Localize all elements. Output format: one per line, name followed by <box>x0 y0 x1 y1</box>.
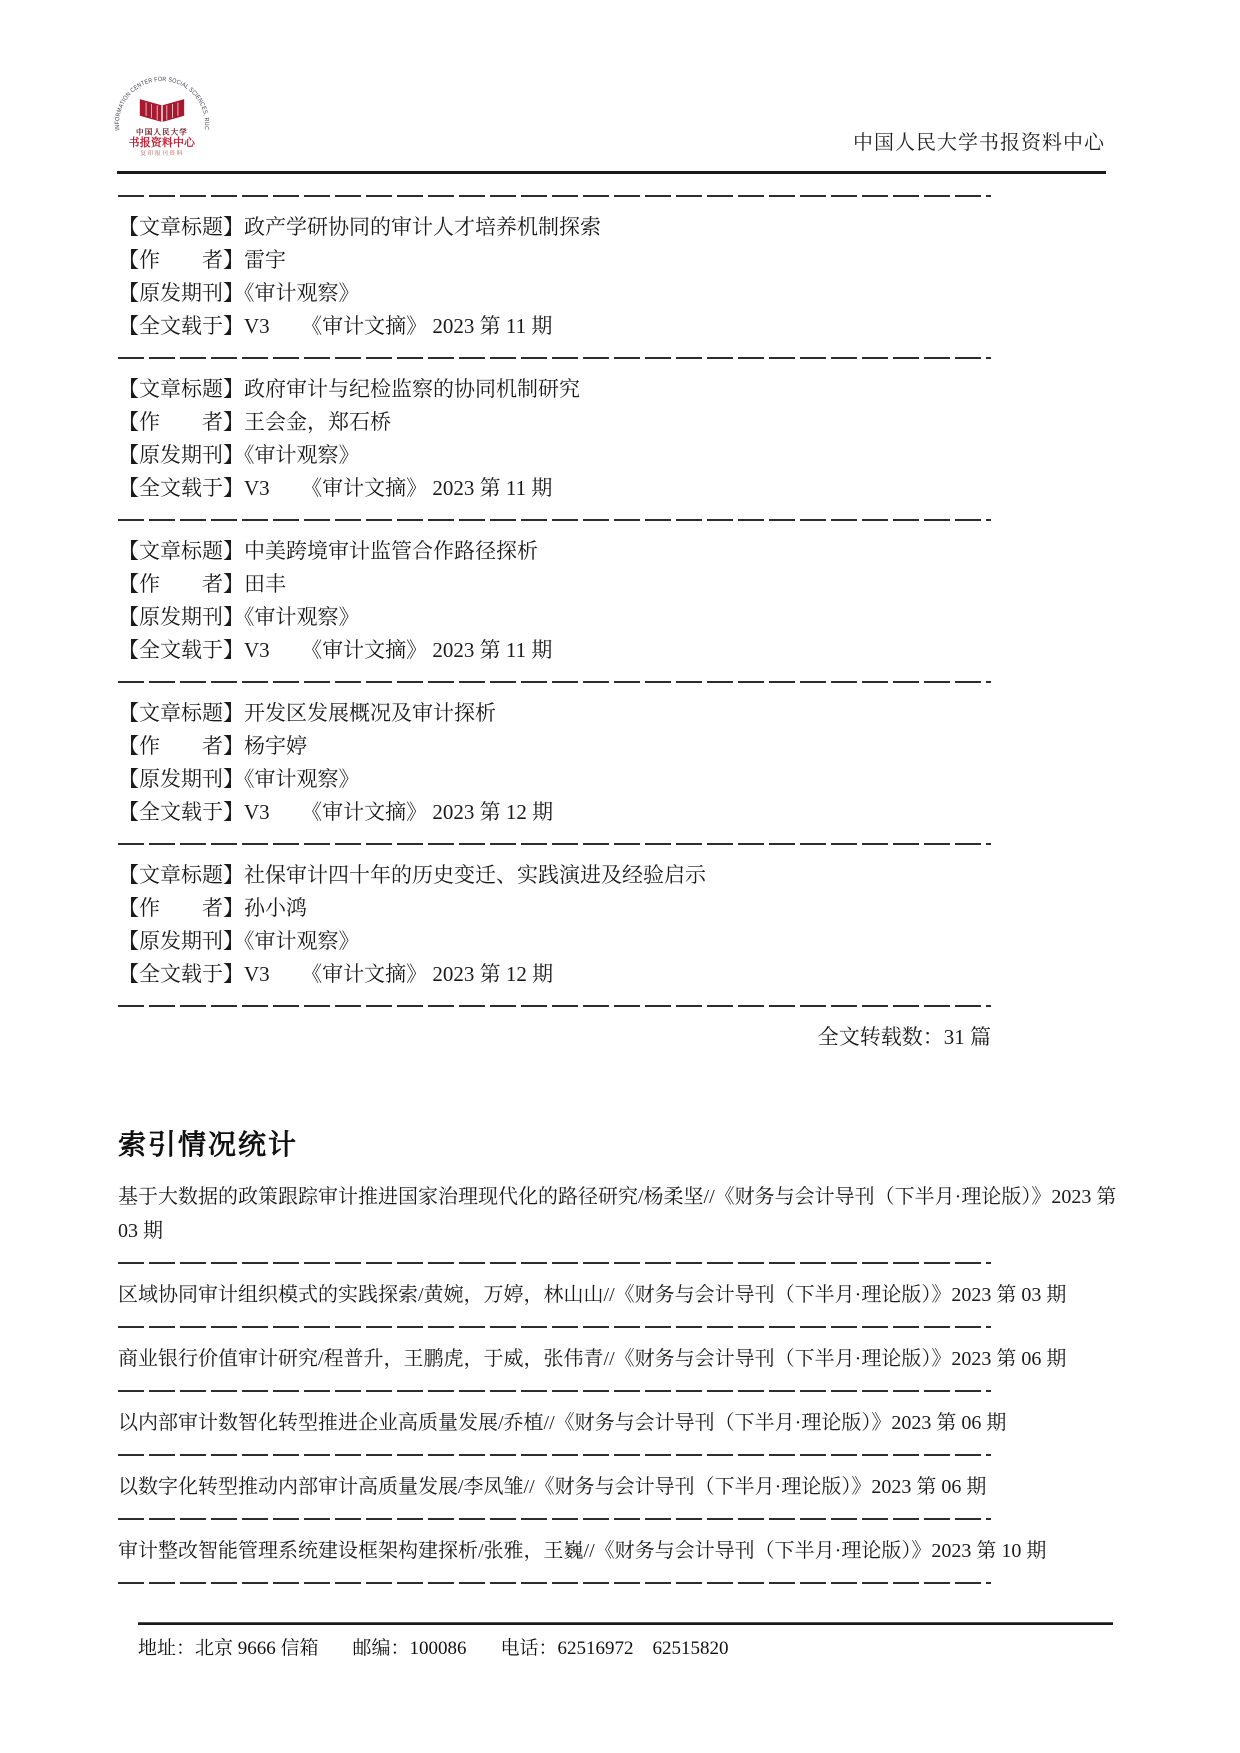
record-item: 【文章标题】中美跨境审计监管合作路径探析 【作 者】田丰 【原发期刊】《审计观察… <box>118 535 991 667</box>
record-title: 开发区发展概况及审计探析 <box>244 701 496 725</box>
record-journal: 《审计观察》 <box>244 767 360 791</box>
record-title-line: 【文章标题】中美跨境审计监管合作路径探析 <box>118 535 991 568</box>
field-label-author: 【作 者】 <box>118 410 244 434</box>
record-item: 【文章标题】政府审计与纪检监察的协同机制研究 【作 者】王会金，郑石桥 【原发期… <box>118 373 991 505</box>
field-label-journal: 【原发期刊】 <box>118 929 244 953</box>
index-entry: 审计整改智能管理系统建设框架构建探析/张雅，王巍//《财务与会计导刊（下半月·理… <box>118 1534 1124 1568</box>
record-journal-line: 【原发期刊】《审计观察》 <box>118 763 991 796</box>
dashed-separator <box>118 519 991 521</box>
footer-rule <box>138 1622 1113 1625</box>
header-org-name: 中国人民大学书报资料中心 <box>853 126 1105 155</box>
index-entry: 商业银行价值审计研究/程普升，王鹏虎，于威，张伟青//《财务与会计导刊（下半月·… <box>118 1342 1124 1376</box>
dashed-separator <box>118 843 991 845</box>
footer-address: 地址：北京 9666 信箱 <box>138 1634 319 1664</box>
dashed-separator <box>118 1262 991 1264</box>
dashed-separator <box>118 1454 991 1456</box>
record-journal: 《审计观察》 <box>244 929 360 953</box>
dashed-separator <box>118 1582 991 1584</box>
record-title-line: 【文章标题】政产学研协同的审计人才培养机制探索 <box>118 211 991 244</box>
logo-subtitle: 复印报刊资料 <box>140 149 184 157</box>
record-title-line: 【文章标题】政府审计与纪检监察的协同机制研究 <box>118 373 991 406</box>
field-label-title: 【文章标题】 <box>118 377 244 401</box>
record-fulltext-line: 【全文载于】V3 《审计文摘》 2023 第 11 期 <box>118 472 991 505</box>
record-author-line: 【作 者】王会金，郑石桥 <box>118 406 991 439</box>
field-label-journal: 【原发期刊】 <box>118 281 244 305</box>
field-label-journal: 【原发期刊】 <box>118 443 244 467</box>
dashed-separator <box>118 1518 991 1520</box>
record-fulltext-line: 【全文载于】V3 《审计文摘》 2023 第 11 期 <box>118 634 991 667</box>
field-label-title: 【文章标题】 <box>118 863 244 887</box>
record-fulltext: V3 《审计文摘》 2023 第 11 期 <box>244 638 552 662</box>
open-book-icon <box>140 99 184 122</box>
record-fulltext: V3 《审计文摘》 2023 第 12 期 <box>244 962 553 986</box>
field-label-author: 【作 者】 <box>118 896 244 920</box>
field-label-title: 【文章标题】 <box>118 215 244 239</box>
index-section-heading: 索引情况统计 <box>118 1126 1124 1166</box>
record-author: 雷宇 <box>244 248 286 272</box>
record-journal-line: 【原发期刊】《审计观察》 <box>118 277 991 310</box>
record-journal: 《审计观察》 <box>244 443 360 467</box>
footer-postcode: 邮编：100086 <box>353 1634 467 1664</box>
field-label-journal: 【原发期刊】 <box>118 605 244 629</box>
svg-text:INFORMATION CENTER FOR SOCIAL: INFORMATION CENTER FOR SOCIAL SCIENCES, … <box>114 76 210 131</box>
record-title: 社保审计四十年的历史变迁、实践演进及经验启示 <box>244 863 706 887</box>
record-journal: 《审计观察》 <box>244 281 360 305</box>
field-label-author: 【作 者】 <box>118 734 244 758</box>
field-label-author: 【作 者】 <box>118 248 244 272</box>
index-entry: 基于大数据的政策跟踪审计推进国家治理现代化的路径研究/杨柔坚//《财务与会计导刊… <box>118 1180 1124 1248</box>
header-rule <box>117 171 1106 174</box>
record-journal-line: 【原发期刊】《审计观察》 <box>118 925 991 958</box>
record-item: 【文章标题】社保审计四十年的历史变迁、实践演进及经验启示 【作 者】孙小鸿 【原… <box>118 859 991 991</box>
record-title: 政府审计与纪检监察的协同机制研究 <box>244 377 580 401</box>
logo-center-name: 书报资料中心 <box>129 136 196 149</box>
record-author: 孙小鸿 <box>244 896 307 920</box>
record-title: 政产学研协同的审计人才培养机制探索 <box>244 215 601 239</box>
record-fulltext-line: 【全文载于】V3 《审计文摘》 2023 第 12 期 <box>118 958 991 991</box>
field-label-fulltext: 【全文载于】 <box>118 638 244 662</box>
field-label-fulltext: 【全文载于】 <box>118 476 244 500</box>
dashed-separator <box>118 195 991 197</box>
dashed-separator <box>118 357 991 359</box>
index-entry: 区域协同审计组织模式的实践探索/黄婉，万婷，林山山//《财务与会计导刊（下半月·… <box>118 1278 1124 1312</box>
record-fulltext-line: 【全文载于】V3 《审计文摘》 2023 第 12 期 <box>118 796 991 829</box>
record-item: 【文章标题】开发区发展概况及审计探析 【作 者】杨宇婷 【原发期刊】《审计观察》… <box>118 697 991 829</box>
field-label-journal: 【原发期刊】 <box>118 767 244 791</box>
record-author: 田丰 <box>244 572 286 596</box>
record-fulltext: V3 《审计文摘》 2023 第 11 期 <box>244 314 552 338</box>
org-logo-seal: INFORMATION CENTER FOR SOCIAL SCIENCES, … <box>110 76 214 161</box>
record-journal-line: 【原发期刊】《审计观察》 <box>118 439 991 472</box>
field-label-fulltext: 【全文载于】 <box>118 314 244 338</box>
logo-arc-text: INFORMATION CENTER FOR SOCIAL SCIENCES, … <box>114 76 210 131</box>
dashed-separator <box>118 1005 991 1007</box>
index-entry: 以数字化转型推动内部审计高质量发展/李凤雏//《财务与会计导刊（下半月·理论版）… <box>118 1470 1124 1504</box>
record-author-line: 【作 者】孙小鸿 <box>118 892 991 925</box>
total-reprint-count: 全文转载数：31 篇 <box>118 1021 991 1054</box>
org-logo: INFORMATION CENTER FOR SOCIAL SCIENCES, … <box>110 76 214 168</box>
dashed-separator <box>118 1390 991 1392</box>
record-fulltext: V3 《审计文摘》 2023 第 11 期 <box>244 476 552 500</box>
record-title: 中美跨境审计监管合作路径探析 <box>244 539 538 563</box>
dashed-separator <box>118 681 991 683</box>
footer: 地址：北京 9666 信箱 邮编：100086 电话：62516972 6251… <box>138 1634 729 1664</box>
field-label-fulltext: 【全文载于】 <box>118 800 244 824</box>
field-label-author: 【作 者】 <box>118 572 244 596</box>
record-journal: 《审计观察》 <box>244 605 360 629</box>
record-author-line: 【作 者】杨宇婷 <box>118 730 991 763</box>
records-list: 【文章标题】政产学研协同的审计人才培养机制探索 【作 者】雷宇 【原发期刊】《审… <box>118 181 991 1054</box>
logo-university-name: 中国人民大学 <box>136 126 188 136</box>
field-label-title: 【文章标题】 <box>118 701 244 725</box>
record-author-line: 【作 者】雷宇 <box>118 244 991 277</box>
record-title-line: 【文章标题】社保审计四十年的历史变迁、实践演进及经验启示 <box>118 859 991 892</box>
index-statistics-section: 索引情况统计 基于大数据的政策跟踪审计推进国家治理现代化的路径研究/杨柔坚//《… <box>118 1126 1124 1598</box>
record-journal-line: 【原发期刊】《审计观察》 <box>118 601 991 634</box>
index-entry: 以内部审计数智化转型推进企业高质量发展/乔植//《财务与会计导刊（下半月·理论版… <box>118 1406 1124 1440</box>
dashed-separator <box>118 1326 991 1328</box>
record-item: 【文章标题】政产学研协同的审计人才培养机制探索 【作 者】雷宇 【原发期刊】《审… <box>118 211 991 343</box>
record-author: 王会金，郑石桥 <box>244 410 391 434</box>
field-label-title: 【文章标题】 <box>118 539 244 563</box>
record-fulltext-line: 【全文载于】V3 《审计文摘》 2023 第 11 期 <box>118 310 991 343</box>
footer-phone: 电话：62516972 62515820 <box>501 1634 729 1664</box>
field-label-fulltext: 【全文载于】 <box>118 962 244 986</box>
record-author: 杨宇婷 <box>244 734 307 758</box>
document-page: INFORMATION CENTER FOR SOCIAL SCIENCES, … <box>0 0 1240 1753</box>
record-title-line: 【文章标题】开发区发展概况及审计探析 <box>118 697 991 730</box>
record-author-line: 【作 者】田丰 <box>118 568 991 601</box>
record-fulltext: V3 《审计文摘》 2023 第 12 期 <box>244 800 553 824</box>
